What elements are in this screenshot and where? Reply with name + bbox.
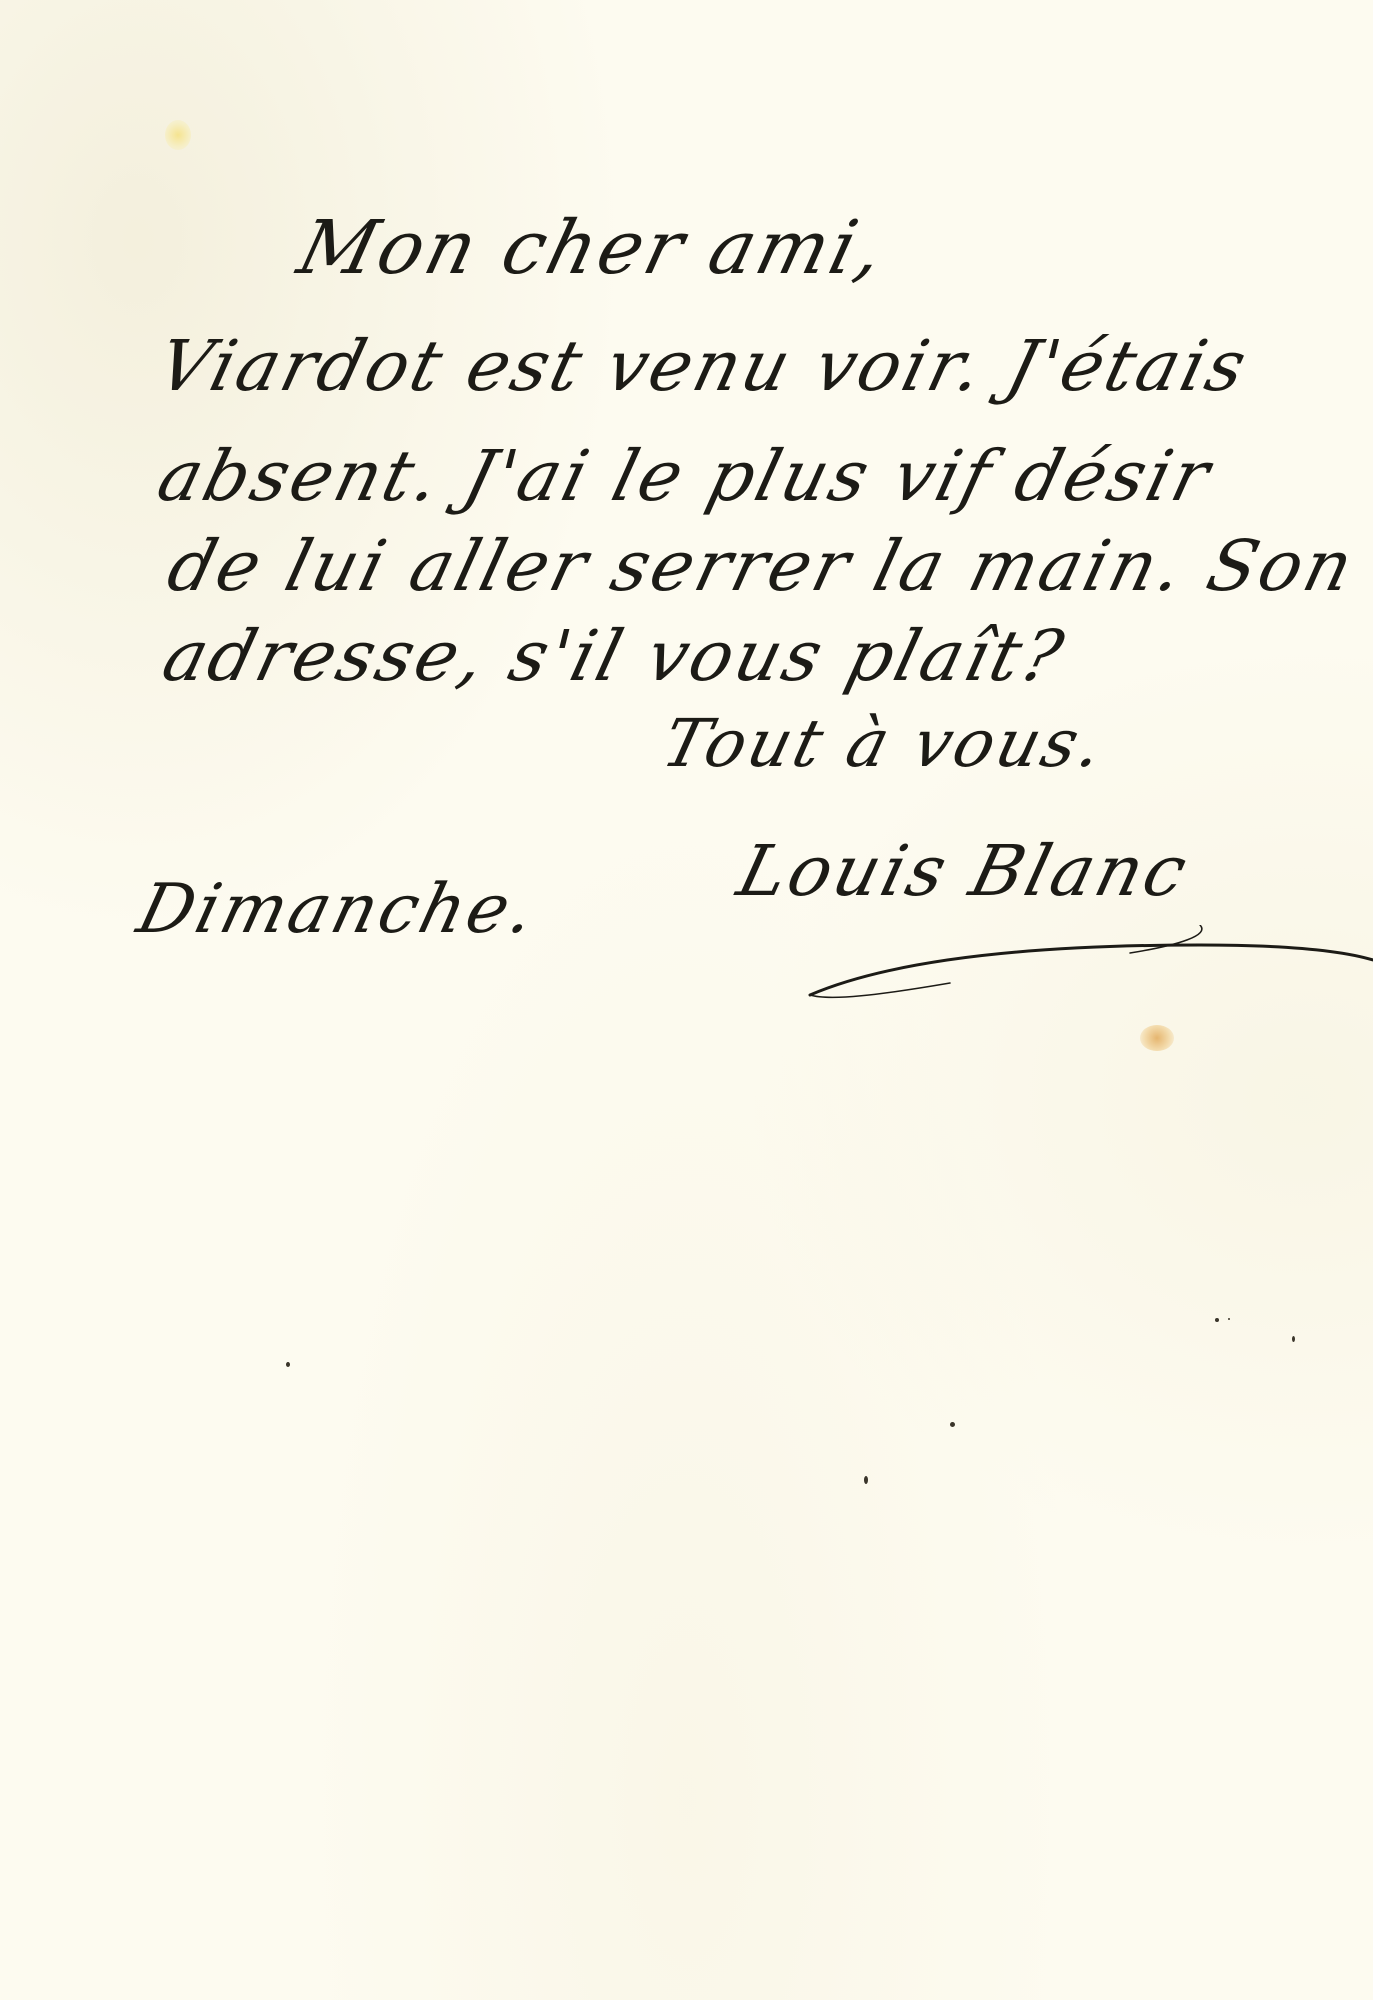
- letter-body-line: Viardot est venu voir. J'étais: [150, 325, 1257, 407]
- ink-speck: [286, 1362, 290, 1367]
- signature-flourish: [800, 925, 1373, 1005]
- letter-page: Mon cher ami, Viardot est venu voir. J'é…: [0, 0, 1373, 2000]
- paper-stain: [165, 120, 191, 150]
- letter-closing: Tout à vous.: [655, 705, 1114, 782]
- ink-speck: [1215, 1318, 1219, 1322]
- letter-body-line: adresse, s'il vous plaît?: [155, 615, 1074, 697]
- letter-signature: Louis Blanc: [730, 830, 1198, 912]
- ink-speck: [1292, 1336, 1295, 1342]
- ink-speck: [1228, 1318, 1230, 1320]
- letter-body-line: absent. J'ai le plus vif désir: [150, 435, 1220, 517]
- ink-speck: [950, 1422, 955, 1427]
- ink-speck: [864, 1476, 868, 1484]
- letter-body-line: de lui aller serrer la main. Son: [160, 525, 1364, 607]
- paper-stain: [1140, 1025, 1174, 1051]
- letter-dateline: Dimanche.: [130, 870, 546, 949]
- letter-salutation: Mon cher ami,: [290, 205, 895, 291]
